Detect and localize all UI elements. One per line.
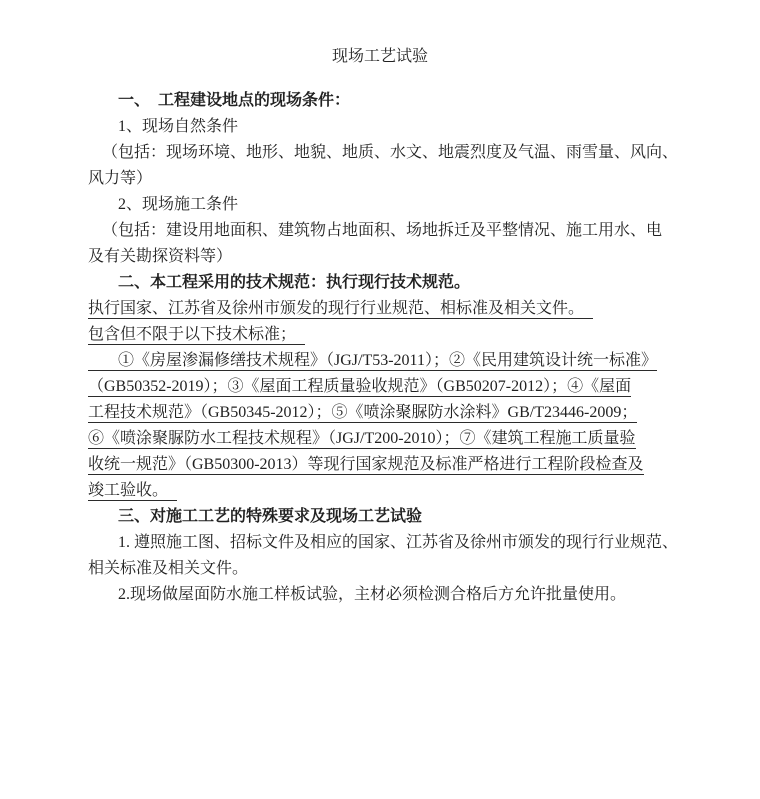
doc-line: 收统一规范》（GB50300-2013）等现行国家规范及标准严格进行工程阶段检查… [88,452,672,478]
doc-line: 1. 遵照施工图、招标文件及相应的国家、江苏省及徐州市颁发的现行行业规范、 [88,530,672,556]
underlined-text: ①《房屋渗漏修缮技术规程》（JGJ/T53-2011）；②《民用建筑设计统一标准… [88,352,657,371]
section-heading-2: 二、本工程采用的技术规范：执行现行技术规范。 [88,270,672,296]
underlined-text: （GB50352-2019）；③《屋面工程质量验收规范》（GB50207-201… [88,378,631,397]
underlined-text: 收统一规范》（GB50300-2013）等现行国家规范及标准严格进行工程阶段检查… [88,456,644,475]
doc-line: 工程技术规范》（GB50345-2012）；⑤《喷涂聚脲防水涂料》GB/T234… [88,400,672,426]
doc-line: 及有关勘探资料等） [88,244,672,270]
doc-line: 包含但不限于以下技术标准； [88,322,672,348]
doc-line: ⑥《喷涂聚脲防水工程技术规程》（JGJ/T200-2010）；⑦《建筑工程施工质… [88,426,672,452]
section-heading-3: 三、对施工工艺的特殊要求及现场工艺试验 [88,504,672,530]
doc-title: 现场工艺试验 [88,44,672,70]
doc-line: （包括：现场环境、地形、地貌、地质、水文、地震烈度及气温、雨雪量、风向、 [88,140,672,166]
doc-line: 风力等） [88,166,672,192]
doc-line: 2.现场做屋面防水施工样板试验，主材必须检测合格后方允许批量使用。 [88,582,672,608]
doc-line: 相关标准及相关文件。 [88,556,672,582]
doc-line: （包括：建设用地面积、建筑物占地面积、场地拆迁及平整情况、施工用水、电 [88,218,672,244]
underlined-text: 执行国家、江苏省及徐州市颁发的现行行业规范、相标准及相关文件。 [88,300,593,319]
underlined-text: ⑥《喷涂聚脲防水工程技术规程》（JGJ/T200-2010）；⑦《建筑工程施工质… [88,430,636,449]
underlined-text: 包含但不限于以下技术标准； [88,326,305,345]
underlined-text: 工程技术规范》（GB50345-2012）；⑤《喷涂聚脲防水涂料》GB/T234… [88,404,637,423]
underlined-text: 竣工验收。 [88,482,177,501]
doc-line: （GB50352-2019）；③《屋面工程质量验收规范》（GB50207-201… [88,374,672,400]
doc-line: 1、现场自然条件 [88,114,672,140]
doc-line: 竣工验收。 [88,478,672,504]
doc-line: 执行国家、江苏省及徐州市颁发的现行行业规范、相标准及相关文件。 [88,296,672,322]
section-heading-1: 一、 工程建设地点的现场条件： [88,88,672,114]
doc-line: 2、现场施工条件 [88,192,672,218]
doc-line: ①《房屋渗漏修缮技术规程》（JGJ/T53-2011）；②《民用建筑设计统一标准… [88,348,672,374]
document-page: 现场工艺试验 一、 工程建设地点的现场条件： 1、现场自然条件 （包括：现场环境… [0,0,760,799]
